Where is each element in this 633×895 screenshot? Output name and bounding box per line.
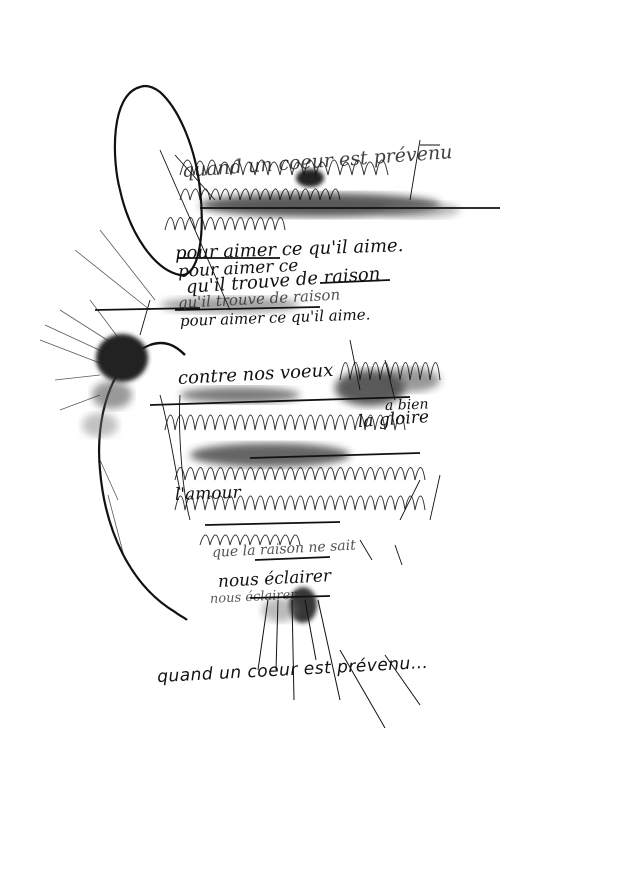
ink-blot-left xyxy=(82,334,148,437)
ink-drawing xyxy=(0,0,633,895)
text-middle-line-4: l'amour xyxy=(175,483,241,505)
